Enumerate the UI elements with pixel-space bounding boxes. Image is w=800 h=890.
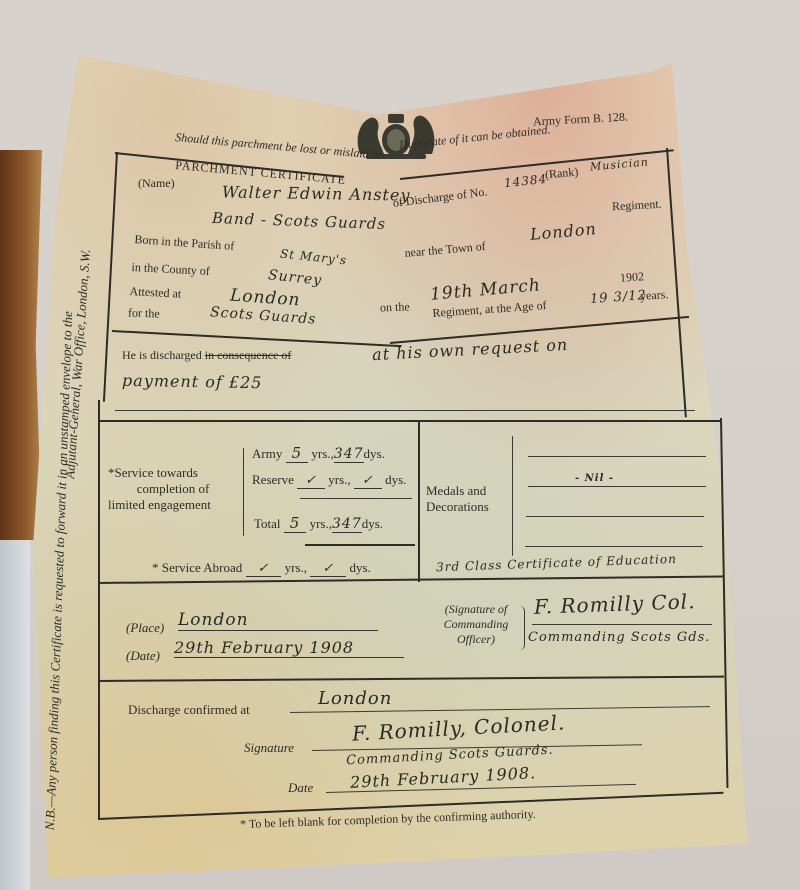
box-left-bottom <box>98 400 100 820</box>
total-dys: 347 <box>332 516 362 533</box>
regiment-label: Regiment. <box>612 197 662 215</box>
abroad-dys: ✓ <box>310 561 346 577</box>
army-dys: 347 <box>334 446 364 463</box>
signature-co-label: (Signature of Commanding Officer) <box>430 602 522 647</box>
reserve-dys: ✓ <box>354 473 382 489</box>
discharge-reason-line2: payment of £25 <box>122 371 263 392</box>
date-label: (Date) <box>126 648 160 664</box>
discharged-struck-text: in consequence of <box>205 348 292 362</box>
service-label: *Service towards completion of limited e… <box>108 465 238 513</box>
service-medals-divider <box>418 420 420 582</box>
abroad-yrs: ✓ <box>246 561 282 577</box>
medals-value: - Nil - <box>575 473 614 484</box>
book-cover-edge <box>0 150 42 540</box>
reserve-yrs: ✓ <box>297 473 325 489</box>
confirm-date-label: Date <box>288 780 313 796</box>
confirmed-at-label: Discharge confirmed at <box>128 702 250 718</box>
confirm-signature-label: Signature <box>244 740 294 756</box>
years-label: years. <box>640 287 669 304</box>
army-row: Army 5 yrs.,347dys. <box>252 444 385 462</box>
army-yrs: 5 <box>286 444 309 463</box>
place-value: London <box>178 610 378 631</box>
reserve-row: Reserve ✓ yrs., ✓ dys. <box>252 472 406 488</box>
medals-label: Medals and Decorations <box>426 483 489 515</box>
rank-label: (Rank) <box>544 165 579 183</box>
name-value: Walter Edwin Anstey <box>222 182 411 204</box>
co-signature-line <box>532 624 712 625</box>
on-the-label: on the <box>380 299 410 315</box>
name-label: (Name) <box>138 176 175 191</box>
total-underline <box>305 544 415 546</box>
reason-blank-line <box>115 410 695 411</box>
co-signature-title: Commanding Scots Gds. <box>528 630 710 645</box>
confirmed-at-value: London <box>318 688 392 709</box>
medals-line-3 <box>526 516 704 517</box>
attested-label: Attested at <box>129 284 181 302</box>
date-value: 29th February 1908 <box>174 638 404 658</box>
medals-line-4 <box>525 546 703 547</box>
total-row: Total 5 yrs.,347dys. <box>254 514 383 532</box>
attested-year: 1902 <box>620 269 645 286</box>
discharged-label: He is discharged in consequence of <box>122 348 291 363</box>
background-shadow <box>0 540 30 890</box>
total-yrs: 5 <box>284 514 307 533</box>
reserve-sum-line <box>300 498 412 499</box>
section-divider-2 <box>98 420 722 422</box>
service-brace-icon <box>243 448 244 536</box>
signature-brace-icon <box>520 606 525 650</box>
for-the-label: for the <box>128 305 160 321</box>
medals-line-1 <box>528 456 706 457</box>
medals-line-2 <box>528 486 706 487</box>
service-abroad-row: * Service Abroad ✓ yrs., ✓ dys. <box>152 560 371 576</box>
place-label: (Place) <box>126 620 164 636</box>
medals-brace-icon <box>512 436 513 556</box>
